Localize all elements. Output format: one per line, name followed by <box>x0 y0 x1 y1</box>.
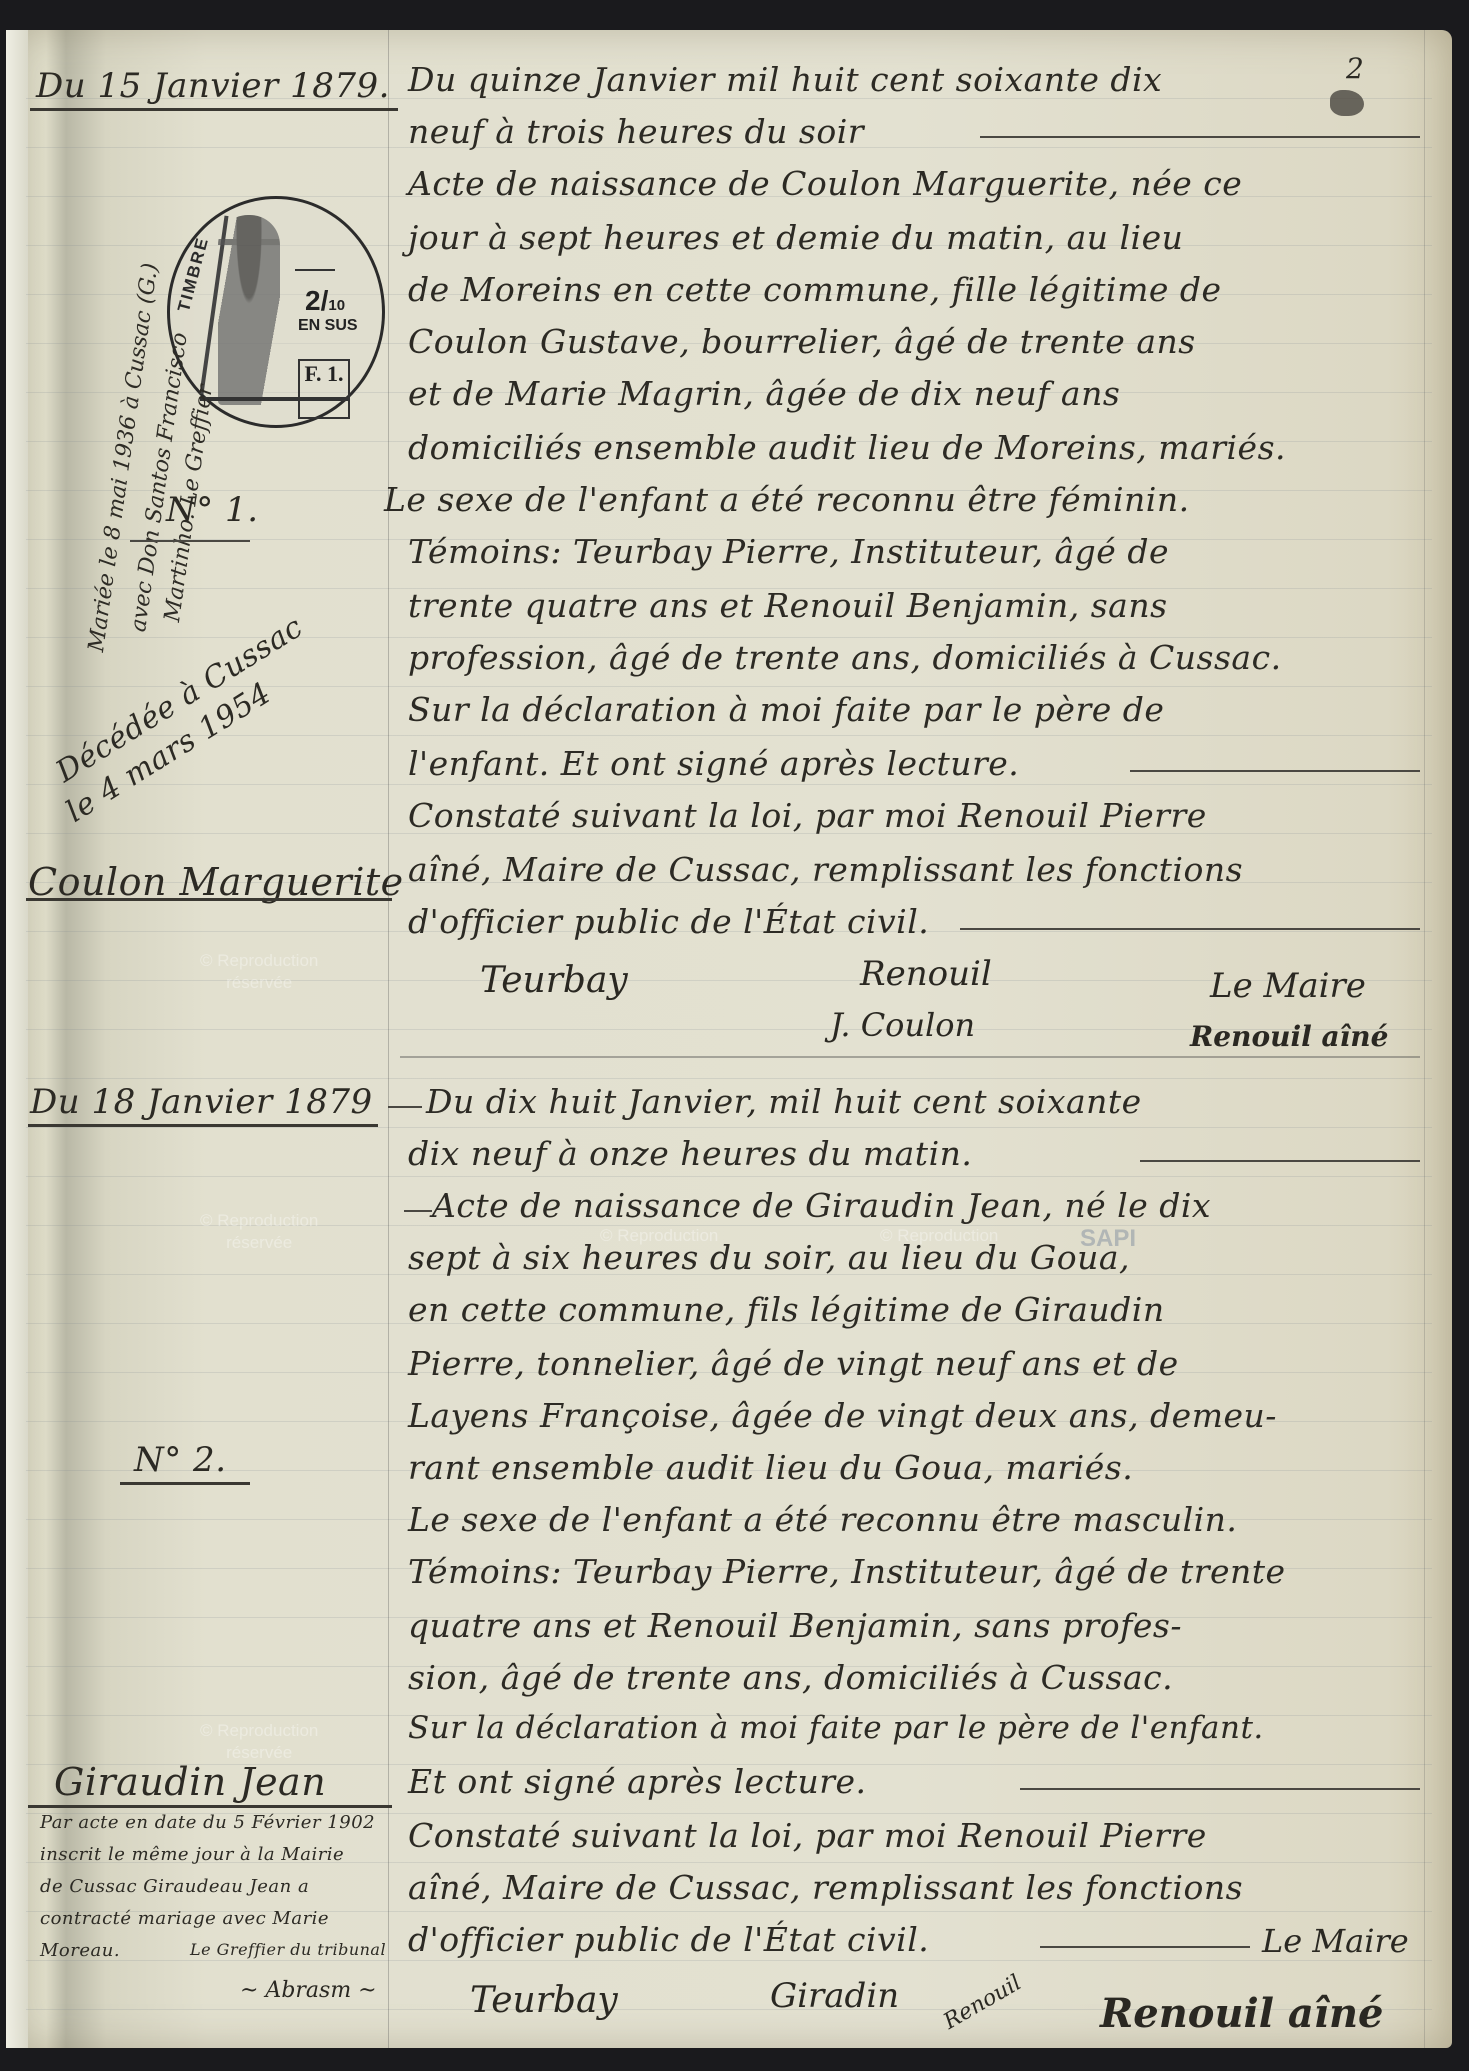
act2-line-13: Sur la déclaration à moi faite par le pè… <box>408 1710 1264 1746</box>
act2-line-2: dix neuf à onze heures du matin. <box>408 1134 972 1173</box>
faded-blue-stamp: SAPI <box>1080 1225 1136 1253</box>
margin-divider <box>388 30 389 2048</box>
right-border-line <box>1424 30 1425 2048</box>
act2-line1-dash <box>388 1106 422 1108</box>
justice-figure-icon <box>218 215 280 405</box>
act1-margin-date: Du 15 Janvier 1879. <box>36 66 390 106</box>
act1-line2-filler <box>980 136 1420 138</box>
act2-signature-mayor: Renouil aîné <box>1100 1990 1384 2037</box>
act2-marriage-note-line5: Moreau. <box>40 1940 120 1961</box>
act1-name-rule <box>26 898 392 901</box>
act2-line-10: Témoins: Teurbay Pierre, Instituteur, âg… <box>408 1552 1286 1591</box>
act1-signature-mayor: Renouil aîné <box>1190 1020 1388 1053</box>
act2-margin-name: Giraudin Jean <box>54 1760 326 1804</box>
act1-line-1: Du quinze Janvier mil huit cent soixante… <box>408 60 1162 99</box>
act2-marriage-note-line1: Par acte en date du 5 Février 1902 <box>40 1812 375 1833</box>
act1-number: N° 1. <box>166 490 259 530</box>
scales-icon <box>295 239 335 271</box>
ink-blot <box>1330 90 1364 116</box>
act2-clerk-signature: ~ Abrasm ~ <box>240 1978 377 2003</box>
act1-line-8: domiciliés ensemble audit lieu de Morein… <box>408 428 1286 467</box>
act1-line-14: l'enfant. Et ont signé après lecture. <box>408 744 1019 783</box>
act1-line-7: et de Marie Magrin, âgée de dix neuf ans <box>408 374 1120 413</box>
act2-signature-father: Giradin <box>770 1976 899 2016</box>
act1-line-10: Témoins: Teurbay Pierre, Instituteur, âg… <box>408 532 1169 571</box>
act2-line-5: en cette commune, fils légitime de Girau… <box>408 1290 1165 1329</box>
watermark: © Reproduction <box>600 1225 718 1247</box>
stamp-value: F. 1. <box>298 359 350 419</box>
act1-line-16: aîné, Maire de Cussac, remplissant les f… <box>408 850 1243 889</box>
act1-signature-witness2: Renouil <box>860 954 992 994</box>
act2-line3-dash <box>404 1210 432 1212</box>
act2-line2-filler <box>1140 1160 1420 1162</box>
act1-line17-filler <box>960 928 1420 930</box>
stamp-base <box>200 397 350 401</box>
act2-line-6: Pierre, tonnelier, âgé de vingt neuf ans… <box>408 1344 1179 1383</box>
act2-line-3: Acte de naissance de Giraudin Jean, né l… <box>432 1186 1211 1225</box>
act1-line-6: Coulon Gustave, bourrelier, âgé de trent… <box>408 322 1196 361</box>
act2-line-11: quatre ans et Renouil Benjamin, sans pro… <box>408 1606 1182 1645</box>
act1-line-3: Acte de naissance de Coulon Marguerite, … <box>408 164 1242 203</box>
act2-line-7: Layens Françoise, âgée de vingt deux ans… <box>408 1396 1277 1435</box>
act1-line-5: de Moreins en cette commune, fille légit… <box>408 270 1222 309</box>
act1-mayor-label: Le Maire <box>1210 966 1366 1006</box>
act1-line-9: Le sexe de l'enfant a été reconnu être f… <box>384 480 1190 519</box>
act1-line-13: Sur la déclaration à moi faite par le pè… <box>408 690 1164 729</box>
act2-marriage-note-line4: contracté mariage avec Marie <box>40 1908 329 1929</box>
act2-line-16: aîné, Maire de Cussac, remplissant les f… <box>408 1868 1243 1907</box>
act1-line-4: jour à sept heures et demie du matin, au… <box>408 218 1183 257</box>
act2-line-8: rant ensemble audit lieu du Goua, mariés… <box>408 1448 1133 1487</box>
act1-line-17: d'officier public de l'État civil. <box>408 902 929 941</box>
act2-marriage-note-line3: de Cussac Giraudeau Jean a <box>40 1876 309 1897</box>
act2-line-4: sept à six heures du soir, au lieu du Go… <box>408 1238 1130 1277</box>
act1-line-11: trente quatre ans et Renouil Benjamin, s… <box>408 586 1168 625</box>
act1-line14-filler <box>1130 770 1420 772</box>
stamp-fraction: 2/10 <box>305 287 345 315</box>
act2-signature-witness1: Teurbay <box>470 1980 618 2021</box>
act2-line17-filler <box>1040 1946 1250 1948</box>
act2-margin-date: Du 18 Janvier 1879 <box>30 1082 373 1122</box>
act2-line-17: d'officier public de l'État civil. <box>408 1920 929 1959</box>
watermark: © Reproductionréservée <box>200 950 318 994</box>
act1-line-2: neuf à trois heures du soir <box>408 112 864 151</box>
act2-line-12: sion, âgé de trente ans, domiciliés à Cu… <box>408 1658 1173 1697</box>
act1-line-12: profession, âgé de trente ans, domicilié… <box>408 638 1282 677</box>
act2-mayor-label: Le Maire <box>1262 1922 1409 1960</box>
act1-signature-father: J. Coulon <box>830 1006 975 1044</box>
act2-date-rule <box>28 1124 378 1127</box>
watermark: © Reproduction <box>880 1225 998 1247</box>
page-number: 2 <box>1346 52 1364 85</box>
act1-signature-witness1: Teurbay <box>480 960 628 1001</box>
act2-marriage-note-line2: inscrit le même jour à la Mairie <box>40 1844 344 1865</box>
act2-marriage-note-clerk: Le Greffier du tribunal <box>190 1940 386 1959</box>
act2-line-14: Et ont signé après lecture. <box>408 1762 867 1801</box>
act2-line14-filler <box>1020 1788 1420 1790</box>
watermark: © Reproductionréservée <box>200 1720 318 1764</box>
act2-line-9: Le sexe de l'enfant a été reconnu être m… <box>408 1500 1237 1539</box>
act1-number-rule <box>130 540 250 542</box>
act2-name-rule <box>28 1805 392 1808</box>
act1-date-rule <box>30 108 398 111</box>
watermark: © Reproductionréservée <box>200 1210 318 1254</box>
act1-line-15: Constaté suivant la loi, par moi Renouil… <box>408 796 1207 835</box>
act2-line-15: Constaté suivant la loi, par moi Renouil… <box>408 1816 1207 1855</box>
act2-number-rule <box>120 1482 250 1485</box>
act1-closing-rule <box>400 1056 1420 1058</box>
act2-number: N° 2. <box>134 1440 227 1480</box>
stamp-en-sus: EN SUS <box>298 317 358 335</box>
act2-line-1: Du dix huit Janvier, mil huit cent soixa… <box>426 1082 1142 1121</box>
